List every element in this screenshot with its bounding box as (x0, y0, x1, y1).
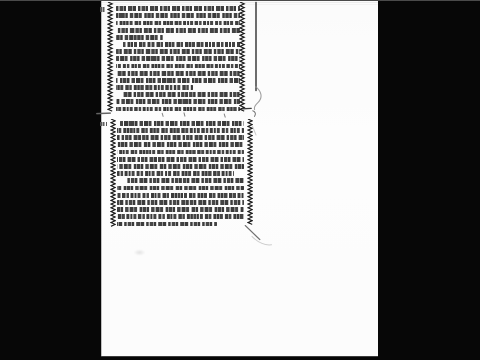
text-line (126, 178, 244, 183)
text-line (117, 171, 234, 176)
text-line (117, 128, 244, 133)
text-line (116, 49, 241, 54)
margin-numeral (100, 122, 107, 127)
text-line (117, 207, 244, 212)
text-line (116, 21, 241, 26)
text-line (117, 193, 244, 198)
text-line (116, 85, 193, 90)
text-line (116, 28, 241, 33)
text-line (116, 64, 241, 69)
text-line (117, 186, 244, 191)
scan-top-streak (0, 0, 480, 1)
page-left-edge (101, 1, 102, 357)
video-frame (0, 0, 480, 360)
text-line (116, 71, 241, 76)
text-line (116, 99, 241, 104)
text-line (122, 42, 240, 47)
text-line (117, 135, 244, 140)
text-line (117, 200, 244, 205)
text-line (117, 142, 244, 147)
faint-smudge (131, 248, 148, 257)
text-line (116, 6, 241, 11)
scan-top-streak-3 (101, 4, 378, 5)
text-line (116, 78, 241, 83)
text-line (117, 150, 244, 155)
text-line (122, 92, 240, 97)
text-line (117, 214, 244, 219)
scan-bottom-rule (101, 356, 378, 358)
text-line (120, 121, 244, 126)
text-line (116, 56, 241, 61)
margin-numeral (100, 7, 106, 12)
text-line (117, 164, 244, 169)
text-line (117, 222, 217, 227)
text-line (117, 157, 244, 162)
text-line (116, 35, 163, 40)
text-line (116, 13, 241, 18)
text-line (116, 107, 241, 112)
